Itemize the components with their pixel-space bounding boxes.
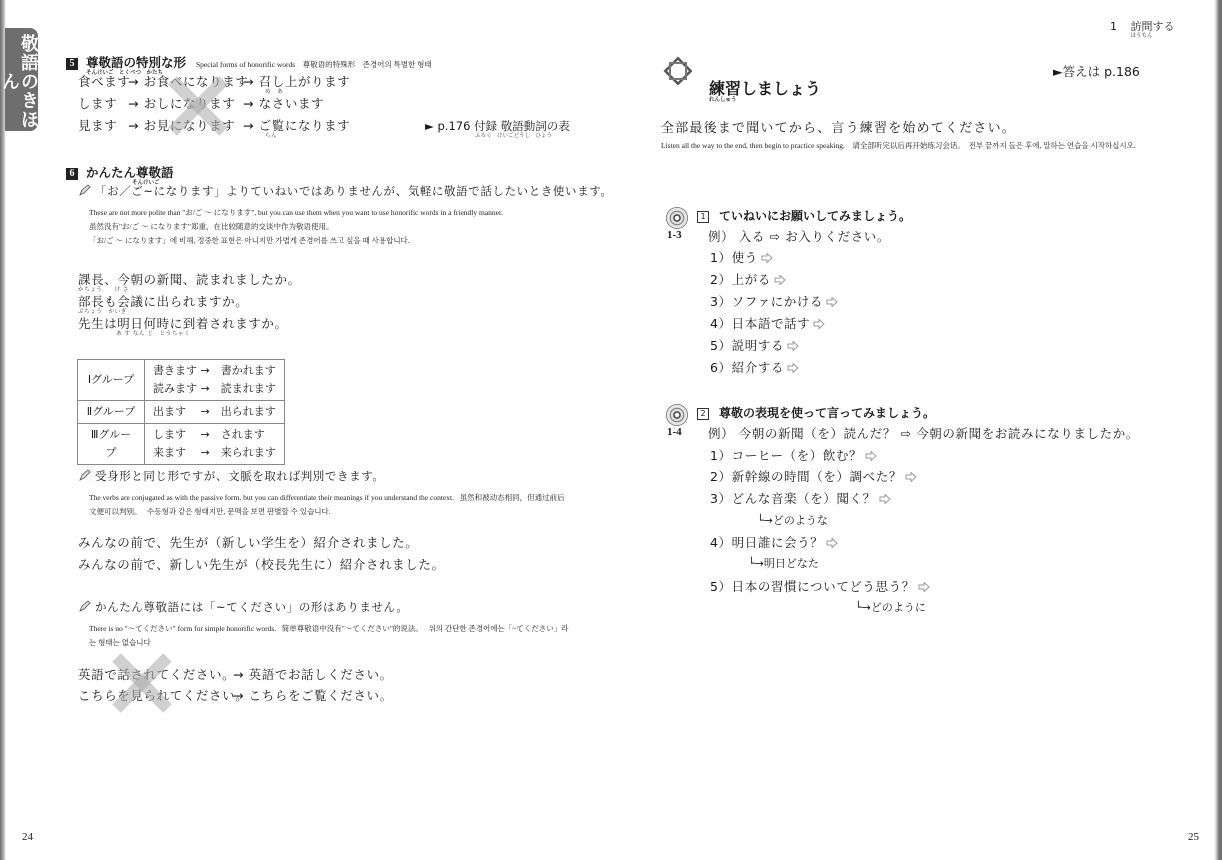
practice-instruction: 全部最後まで聞いてから、言う練習を始めてください。	[661, 117, 1016, 136]
exercise-hint: └→どのような	[757, 512, 828, 528]
section6-heading: 6かんたん尊敬語そんけいご	[66, 162, 174, 181]
exercise-item: 4）日本語で話す	[710, 314, 825, 332]
answer-reference: ►答えは p.186	[1053, 62, 1140, 80]
section-number: 5	[66, 58, 78, 70]
side-tab: 敬語のきほん	[5, 28, 38, 131]
conjugation-table: Ⅰグループ 書きます → 書かれます読みます → 読まれます Ⅱグループ 出ます…	[77, 359, 285, 465]
example-sentence: 課長、今朝の新聞、読まれましたか。かちょう け さ	[78, 270, 301, 288]
example-sentence: 部長も会議に出られますか。ぶちょう かいぎ	[78, 292, 248, 310]
pencil-note-icon	[78, 184, 91, 197]
answer-arrow-icon	[826, 297, 838, 307]
note-2: 受身形と同じ形ですが、文脈を取れば判別できます。	[78, 468, 384, 484]
exercise-item: 2）上がる	[710, 270, 786, 288]
section-title: かんたん尊敬語そんけいご	[86, 165, 174, 180]
note-1: 「お／ご~になります」よりていねいではありませんが、気軽に敬語で話したいとき使い…	[78, 183, 613, 199]
exercise-hint: └→明日どなた	[748, 555, 819, 571]
exercise-item: 3）ソファにかける	[710, 292, 838, 310]
note-3-translation: There is no "～てください" form for simple hon…	[89, 622, 569, 650]
note-1-translation: These are not more polite than "お/ご ～ にな…	[89, 206, 569, 248]
section-subtitle: Special forms of honorific words 尊敬语的特殊形…	[196, 60, 432, 69]
answer-arrow-icon	[879, 494, 891, 504]
section-number: 6	[66, 168, 78, 180]
answer-arrow-icon	[787, 363, 799, 373]
answer-arrow-icon	[761, 253, 773, 263]
incorrect-x-mark	[112, 653, 172, 713]
exercise-item: 1）コーヒー（を）飲む？	[710, 446, 877, 464]
request-example: 英語で話されてください。→ 英語でお話しください。	[78, 665, 393, 683]
exercise-example: 例） 今朝の新聞（を）読んだ？ ⇨ 今朝の新聞をお読みになりましたか。	[708, 424, 1139, 442]
answer-arrow-icon	[918, 582, 930, 592]
group-forms: 書きます → 書かれます読みます → 読まれます	[145, 360, 285, 401]
exercise-item: 6）紹介する	[710, 358, 799, 376]
example-sentence: 先生は明日何時に到着されますか。あ す なん じ とうちゃく	[78, 314, 288, 332]
practice-star-icon	[661, 54, 695, 88]
practice-title: 練習しましょうれんしゅう	[709, 76, 1222, 99]
exercise-item: 5）日本の習慣についてどう思う？	[710, 577, 930, 595]
pencil-note-icon	[78, 600, 91, 613]
note-3: かんたん尊敬語には「~てください」の形はありません。	[78, 599, 408, 615]
exercise-number: 2	[697, 408, 709, 420]
special-form-row: 見ます→ お見になります→ ご覧になりますらん	[78, 116, 350, 134]
track-number: 1-4	[667, 426, 682, 438]
exercise-number: 1	[697, 211, 709, 223]
exercise-item: 3）どんな音楽（を）聞く？	[710, 489, 891, 507]
exercise-item: 4）明日誰に会う？	[710, 533, 838, 551]
answer-arrow-icon	[865, 451, 877, 461]
exercise-hint: └→どのように	[855, 599, 926, 615]
track-number: 1-3	[667, 229, 682, 241]
chapter-header: 1 訪問するほうもん	[1110, 18, 1175, 34]
special-form-row: 食べます→ お食べになります→ 召し上がりますめ あ	[78, 72, 350, 90]
exercise-2-heading: 2尊敬の表現を使って言ってみましょう。	[697, 402, 935, 421]
group-label: Ⅲグループ	[78, 424, 145, 465]
answer-arrow-icon	[813, 319, 825, 329]
answer-arrow-icon	[774, 275, 786, 285]
group-label: Ⅰグループ	[78, 360, 145, 401]
special-form-row: します→ おしになります→ なさいます	[78, 94, 324, 112]
answer-arrow-icon	[905, 472, 917, 482]
answer-arrow-icon	[826, 538, 838, 548]
passive-example: みんなの前で、先生が（新しい学生を）紹介されました。	[78, 533, 418, 551]
exercise-item: 2）新幹線の時間（を）調べた？	[710, 467, 917, 485]
exercise-example: 例） 入る ⇨ お入りください。	[708, 227, 890, 245]
request-example: こちらを見られてください。→ こちらをご覧ください。	[78, 686, 393, 704]
section-title: 尊敬語の特別な形そんけいご とくべつ かたち	[86, 55, 186, 70]
note-2-translation: The verbs are conjugated as with the pas…	[89, 491, 569, 519]
textbook-spread: 敬語のきほん 1 訪問するほうもん 5尊敬語の特別な形そんけいご とくべつ かた…	[0, 0, 1222, 860]
practice-instruction-translation: Listen all the way to the end, then begi…	[661, 139, 1181, 153]
exercise-item: 5）説明する	[710, 336, 799, 354]
section5-heading: 5尊敬語の特別な形そんけいご とくべつ かたちSpecial forms of …	[66, 52, 432, 71]
exercise-item: 1）使う	[710, 248, 773, 266]
audio-cd-icon[interactable]	[666, 207, 688, 229]
group-forms: します → されます来ます → 来られます	[145, 424, 285, 465]
exercise-1-heading: 1ていねいにお願いしてみましょう。	[697, 205, 911, 224]
answer-arrow-icon	[787, 341, 799, 351]
audio-cd-icon[interactable]	[666, 404, 688, 426]
table-row: Ⅰグループ 書きます → 書かれます読みます → 読まれます	[78, 360, 285, 401]
chapter-number: 1	[1110, 20, 1117, 33]
table-row: Ⅱグループ 出ます → 出られます	[78, 401, 285, 424]
group-forms: 出ます → 出られます	[145, 401, 285, 424]
group-label: Ⅱグループ	[78, 401, 145, 424]
page-number-right: 25	[1188, 831, 1199, 843]
chapter-title: 訪問するほうもん	[1131, 20, 1175, 33]
pencil-note-icon	[78, 469, 91, 482]
page-number-left: 24	[22, 831, 33, 843]
passive-example: みんなの前で、新しい先生が（校長先生に）紹介されました。	[78, 555, 445, 573]
table-row: Ⅲグループ します → されます来ます → 来られます	[78, 424, 285, 465]
